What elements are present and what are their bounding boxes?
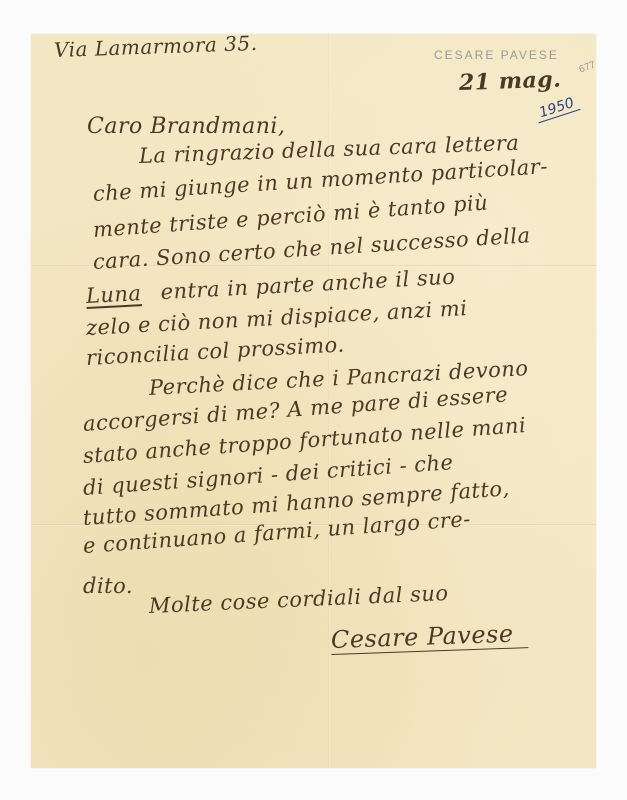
address-line: Via Lamarmora 35.	[54, 31, 258, 62]
body-line-14: dito.	[83, 574, 133, 598]
archival-number: 677	[578, 59, 597, 75]
salutation: Caro Brandmani,	[87, 114, 285, 139]
archival-pencil-note: CESARE PAVESE	[434, 48, 559, 62]
letter-paper: Via Lamarmora 35. CESARE PAVESE 677 21 m…	[31, 34, 596, 768]
body-line-7: riconcilia col prossimo.	[85, 332, 345, 370]
underlined-title: Luna	[85, 281, 142, 308]
closing-line: Molte cose cordiali dal suo	[148, 581, 448, 618]
year-annotation: 1950	[533, 94, 580, 124]
date-line: 21 mag.	[459, 66, 562, 96]
signature: Cesare Pavese	[330, 619, 528, 655]
